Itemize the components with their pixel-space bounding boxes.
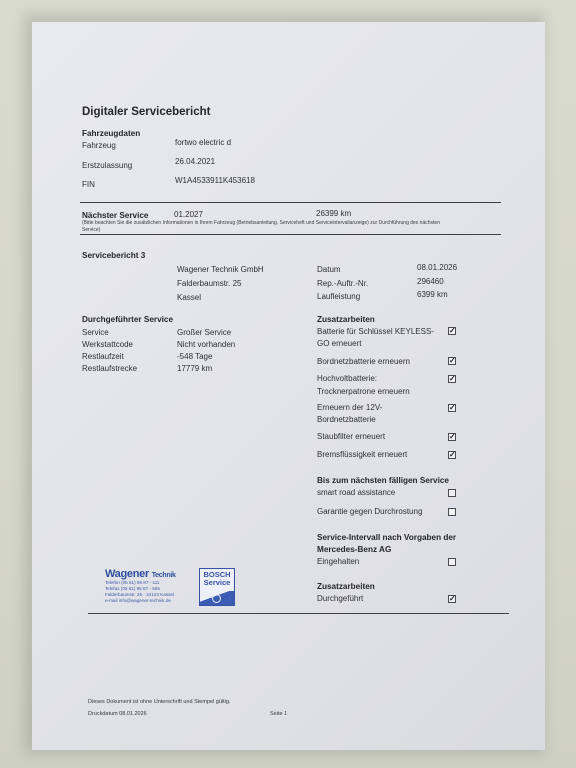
performed-service-heading: Durchgeführter Service <box>82 315 173 324</box>
remaining-time-value: -548 Tage <box>177 352 212 361</box>
interval-heading-line1: Service-Intervall nach Vorgaben der <box>317 533 456 542</box>
vehicle-label: Fahrzeug <box>82 141 116 150</box>
vin-value: W1A4533911K453618 <box>175 176 255 185</box>
checkbox-road-assistance[interactable] <box>448 489 456 497</box>
additional-work-item-3-line2: Trocknerpatrone erneuern <box>317 387 410 396</box>
checkbox-hv-battery-dryer[interactable]: ✓ <box>448 375 456 383</box>
divider-bottom <box>88 613 509 614</box>
checkbox-keyless-battery[interactable]: ✓ <box>448 327 456 335</box>
checkbox-12v-battery[interactable]: ✓ <box>448 404 456 412</box>
additional-work-item-1-line1: Batterie für Schlüssel KEYLESS- <box>317 327 434 336</box>
next-service-date: 01.2027 <box>174 210 203 219</box>
bosch-armature-icon <box>212 594 221 603</box>
first-registration-label: Erstzulassung <box>82 161 132 170</box>
workshop-stamp: Wagener Technik Telefon (05 61) 96 87 - … <box>105 568 237 610</box>
bosch-service-logo: BOSCH Service <box>199 568 235 606</box>
date-value: 08.01.2026 <box>417 263 457 272</box>
document-title: Digitaler Servicebericht <box>82 106 210 118</box>
repair-order-label: Rep.-Auftr.-Nr. <box>317 279 368 288</box>
until-next-heading: Bis zum nächsten fälligen Service <box>317 476 449 485</box>
footer-validity-note: Dieses Dokument ist ohne Unterschrift un… <box>88 699 230 705</box>
additional-work-item-5-line1: Staubfilter erneuert <box>317 432 385 441</box>
vehicle-value: fortwo electric d <box>175 138 231 147</box>
additional-work-item-4-line1: Erneuern der 12V- <box>317 403 382 412</box>
additional-work-item-4-line2: Bordnetzbatterie <box>317 415 376 424</box>
footer-page-number: Seite 1 <box>270 711 287 717</box>
workshop-city: Kassel <box>177 293 201 302</box>
divider-top <box>80 202 501 203</box>
remaining-distance-value: 17779 km <box>177 364 212 373</box>
checkbox-interval-kept[interactable] <box>448 558 456 566</box>
next-service-mileage: 26399 km <box>316 209 351 218</box>
checkbox-brake-fluid[interactable]: ✓ <box>448 451 456 459</box>
checkbox-rust-warranty[interactable] <box>448 508 456 516</box>
interval-heading-line2: Mercedes-Benz AG <box>317 545 391 554</box>
remaining-distance-label: Restlaufstrecke <box>82 364 137 373</box>
workshop-code-value: Nicht vorhanden <box>177 340 235 349</box>
vin-label: FIN <box>82 180 95 189</box>
workshop-name: Wagener Technik GmbH <box>177 265 264 274</box>
date-label: Datum <box>317 265 341 274</box>
road-assistance-label: smart road assistance <box>317 488 395 497</box>
workshop-street: Falderbaumstr. 25 <box>177 279 241 288</box>
repair-order-value: 296460 <box>417 277 444 286</box>
workshop-code-label: Werkstattcode <box>82 340 133 349</box>
remaining-time-label: Restlaufzeit <box>82 352 124 361</box>
service-value: Großer Service <box>177 328 231 337</box>
next-service-note: (Bitte beachten Sie die zusätzlichen Inf… <box>82 220 454 233</box>
next-service-label: Nächster Service <box>82 211 148 220</box>
vehicle-data-heading: Fahrzeugdaten <box>82 129 140 138</box>
additional-work-item-3-line1: Hochvoltbatterie: <box>317 374 377 383</box>
interval-kept-label: Eingehalten <box>317 557 359 566</box>
mileage-label: Laufleistung <box>317 292 360 301</box>
service-report-page: Digitaler Servicebericht Fahrzeugdaten F… <box>32 22 545 750</box>
checkbox-performed[interactable]: ✓ <box>448 595 456 603</box>
service-report-heading: Servicebericht 3 <box>82 251 145 260</box>
additional-work-2-heading: Zusatzarbeiten <box>317 582 375 591</box>
first-registration-value: 26.04.2021 <box>175 157 215 166</box>
service-label: Service <box>82 328 109 337</box>
additional-work-item-2-line1: Bordnetzbatterie erneuern <box>317 357 410 366</box>
checkbox-onboard-battery[interactable]: ✓ <box>448 357 456 365</box>
divider-next-service <box>80 234 501 235</box>
rust-warranty-label: Garantie gegen Durchrostung <box>317 507 422 516</box>
footer-print-date: Druckdatum 08.01.2026 <box>88 711 147 717</box>
additional-work-item-6-line1: Bremsflüssigkeit erneuert <box>317 450 407 459</box>
performed-label: Durchgeführt <box>317 594 363 603</box>
additional-work-heading: Zusatzarbeiten <box>317 315 375 324</box>
mileage-value: 6399 km <box>417 290 448 299</box>
checkbox-cabin-filter[interactable]: ✓ <box>448 433 456 441</box>
additional-work-item-1-line2: GO erneuert <box>317 339 361 348</box>
